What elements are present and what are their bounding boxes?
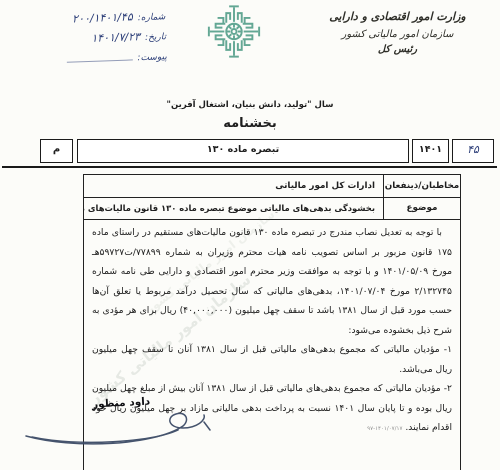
date-label: تاریخ: [145,32,166,43]
body-paragraph: با توجه به تعدیل نصاب مندرج در تبصره ماد… [92,223,452,340]
tax-administration-emblem-icon [205,4,263,59]
ministry-name: وزارت امور اقتصادی و دارایی [325,10,470,23]
classification-category-cell: م [40,139,73,163]
body-item-1: ۱- مؤدیان مالیاتی که مجموع بدهی‌های مالی… [92,340,452,379]
registry-stamp: ۱۴۰۱/۰۷/۱۷-۹۷ [367,426,402,432]
attachment-blank-line [66,49,132,62]
signature-scribble [18,402,233,452]
document-type-title: بخشنامه [0,116,500,131]
year-slogan: سال "تولید، دانش بنیان، اشتغال آفرین" [0,100,500,110]
subject-label: موضوع [383,198,460,220]
attachment-label: پیوست: [137,52,167,63]
header-divider-line [2,166,497,168]
audience-label: مخاطبان/ذینفعان [383,175,460,197]
signer-role: رئیس کل [325,44,470,55]
number-value: ۲۰۰/۱۴۰۱/۴۵ [72,10,133,25]
classification-serial-cell: ۴۵ [452,139,494,163]
organization-name: سازمان امور مالیاتی کشور [325,29,470,40]
tax-circular-document: شماره:۲۰۰/۱۴۰۱/۴۵ تاریخ:۱۴۰۱/۷/۲۳ پیوست: [0,0,500,470]
date-value: ۱۴۰۱/۷/۲۳ [91,30,140,45]
attachment-row: پیوست: [8,44,167,70]
info-table: مخاطبان/ذینفعان ادارات کل امور مالیاتی م… [83,174,461,220]
letterhead: وزارت امور اقتصادی و دارایی سازمان امور … [325,10,470,55]
subject-value: بخشودگی بدهی‌های مالیاتی موضوع تبصره ماد… [84,203,383,213]
handwritten-reference-block: شماره:۲۰۰/۱۴۰۱/۴۵ تاریخ:۱۴۰۱/۷/۲۳ پیوست: [7,4,167,69]
audience-value: ادارات کل امور مالیاتی [84,181,383,191]
audience-row: مخاطبان/ذینفعان ادارات کل امور مالیاتی [84,175,460,198]
classification-year-cell: ۱۴۰۱ [412,139,449,163]
classification-subject-cell: تبصره ماده ۱۳۰ [77,139,409,163]
subject-row: موضوع بخشودگی بدهی‌های مالیاتی موضوع تبص… [84,198,460,220]
number-label: شماره: [138,12,166,23]
